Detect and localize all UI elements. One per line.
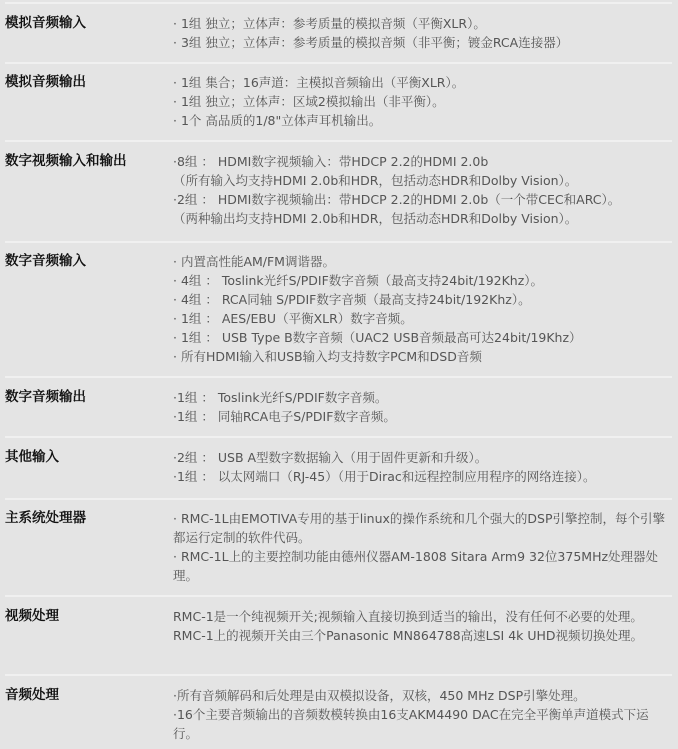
spec-label: 模拟音频输入 xyxy=(5,14,173,62)
row-divider xyxy=(5,140,672,142)
row-divider xyxy=(5,498,672,500)
spec-values: · RMC-1L由EMOTIVA专用的基于linux的操作系统和几个强大的DSP… xyxy=(173,509,678,595)
spec-values: · 1组 集合；16声道：主模拟音频输出（平衡XLR）。· 1组 独立；立体声：… xyxy=(173,73,678,140)
spec-label: 视频处理 xyxy=(5,607,173,674)
spec-line: · 1组 集合；16声道：主模拟音频输出（平衡XLR）。 xyxy=(173,73,672,92)
spec-values: RMC-1是一个纯视频开关;视频输入直接切换到适当的输出，没有任何不必要的处理。… xyxy=(173,607,678,674)
spec-line: · 1组 ： USB Type B数字音频（UAC2 USB音频最高可达24bi… xyxy=(173,328,672,347)
spec-table: 模拟音频输入· 1组 独立；立体声：参考质量的模拟音频（平衡XLR）。· 3组 … xyxy=(0,2,678,749)
row-divider xyxy=(5,436,672,438)
spec-line: · 4组 ： RCA同轴 S/PDIF数字音频（最高支持24bit/192Khz… xyxy=(173,290,672,309)
row-divider xyxy=(5,62,672,64)
spec-line: ·1组 ： 以太网端口（RJ-45）（用于Dirac和远程控制应用程序的网络连接… xyxy=(173,467,672,486)
spec-values: ·1组 ： Toslink光纤S/PDIF数字音频。·1组 ： 同轴RCA电子S… xyxy=(173,388,678,436)
spec-line: ·8组 ： HDMI数字视频输入：带HDCP 2.2的HDMI 2.0b xyxy=(173,152,672,171)
spec-label: 音频处理 xyxy=(5,686,173,749)
spec-line: · RMC-1L由EMOTIVA专用的基于linux的操作系统和几个强大的DSP… xyxy=(173,509,672,547)
spec-values: ·所有音频解码和后处理是由双模拟设备，双核，450 MHz DSP引擎处理。·1… xyxy=(173,686,678,749)
spec-values: ·8组 ： HDMI数字视频输入：带HDCP 2.2的HDMI 2.0b（所有输… xyxy=(173,152,678,241)
row-divider xyxy=(5,376,672,378)
row-divider xyxy=(5,2,672,4)
spec-line: RMC-1是一个纯视频开关;视频输入直接切换到适当的输出，没有任何不必要的处理。… xyxy=(173,607,672,645)
spec-label: 主系统处理器 xyxy=(5,509,173,595)
spec-row: 主系统处理器· RMC-1L由EMOTIVA专用的基于linux的操作系统和几个… xyxy=(0,498,678,595)
row-divider xyxy=(5,595,672,597)
spec-line: · 所有HDMI输入和USB输入均支持数字PCM和DSD音频 xyxy=(173,347,672,366)
spec-line: ·所有音频解码和后处理是由双模拟设备，双核，450 MHz DSP引擎处理。 xyxy=(173,686,672,705)
spec-line: · 4组 ： Toslink光纤S/PDIF数字音频（最高支持24bit/192… xyxy=(173,271,672,290)
row-divider xyxy=(5,674,672,676)
spec-line: · 内置高性能AM/FM调谐器。 xyxy=(173,252,672,271)
spec-line: （所有输入均支持HDMI 2.0b和HDR，包括动态HDR和Dolby Visi… xyxy=(173,171,672,190)
spec-row: 模拟音频输入· 1组 独立；立体声：参考质量的模拟音频（平衡XLR）。· 3组 … xyxy=(0,2,678,62)
spec-row: 数字音频输出·1组 ： Toslink光纤S/PDIF数字音频。·1组 ： 同轴… xyxy=(0,376,678,436)
row-divider xyxy=(5,241,672,243)
spec-line: ·1组 ： Toslink光纤S/PDIF数字音频。 xyxy=(173,388,672,407)
spec-values: · 1组 独立；立体声：参考质量的模拟音频（平衡XLR）。· 3组 独立；立体声… xyxy=(173,14,678,62)
spec-label: 数字音频输出 xyxy=(5,388,173,436)
spec-label: 数字音频输入 xyxy=(5,252,173,376)
spec-line: · 1组 独立；立体声：参考质量的模拟音频（平衡XLR）。 xyxy=(173,14,672,33)
spec-line: ·2组 ： HDMI数字视频输出：带HDCP 2.2的HDMI 2.0b（一个带… xyxy=(173,190,672,209)
spec-values: ·2组 ： USB A型数字数据输入（用于固件更新和升级）。·1组 ： 以太网端… xyxy=(173,448,678,498)
spec-line: ·16个主要音频输出的音频数模转换由16支AKM4490 DAC在完全平衡单声道… xyxy=(173,705,672,743)
spec-line: · 1组 ： AES/EBU（平衡XLR）数字音频。 xyxy=(173,309,672,328)
spec-row: 数字视频输入和输出·8组 ： HDMI数字视频输入：带HDCP 2.2的HDMI… xyxy=(0,140,678,241)
spec-row: 数字音频输入· 内置高性能AM/FM调谐器。· 4组 ： Toslink光纤S/… xyxy=(0,241,678,376)
spec-line: ·2组 ： USB A型数字数据输入（用于固件更新和升级）。 xyxy=(173,448,672,467)
spec-line: · 3组 独立；立体声：参考质量的模拟音频（非平衡；镀金RCA连接器） xyxy=(173,33,672,52)
spec-line: （两种输出均支持HDMI 2.0b和HDR，包括动态HDR和Dolby Visi… xyxy=(173,209,672,228)
spec-line: · RMC-1L上的主要控制功能由德州仪器AM-1808 Sitara Arm9… xyxy=(173,547,672,585)
spec-line: ·1组 ： 同轴RCA电子S/PDIF数字音频。 xyxy=(173,407,672,426)
spec-label: 数字视频输入和输出 xyxy=(5,152,173,241)
spec-row: 其他输入·2组 ： USB A型数字数据输入（用于固件更新和升级）。·1组 ： … xyxy=(0,436,678,498)
spec-line: · 1组 独立；立体声：区域2模拟输出（非平衡）。 xyxy=(173,92,672,111)
spec-line: · 1个 高品质的1/8"立体声耳机输出。 xyxy=(173,111,672,130)
spec-label: 模拟音频输出 xyxy=(5,73,173,140)
spec-label: 其他输入 xyxy=(5,448,173,498)
spec-row: 视频处理RMC-1是一个纯视频开关;视频输入直接切换到适当的输出，没有任何不必要… xyxy=(0,595,678,674)
spec-row: 模拟音频输出· 1组 集合；16声道：主模拟音频输出（平衡XLR）。· 1组 独… xyxy=(0,62,678,140)
spec-values: · 内置高性能AM/FM调谐器。· 4组 ： Toslink光纤S/PDIF数字… xyxy=(173,252,678,376)
spec-row: 音频处理·所有音频解码和后处理是由双模拟设备，双核，450 MHz DSP引擎处… xyxy=(0,674,678,749)
